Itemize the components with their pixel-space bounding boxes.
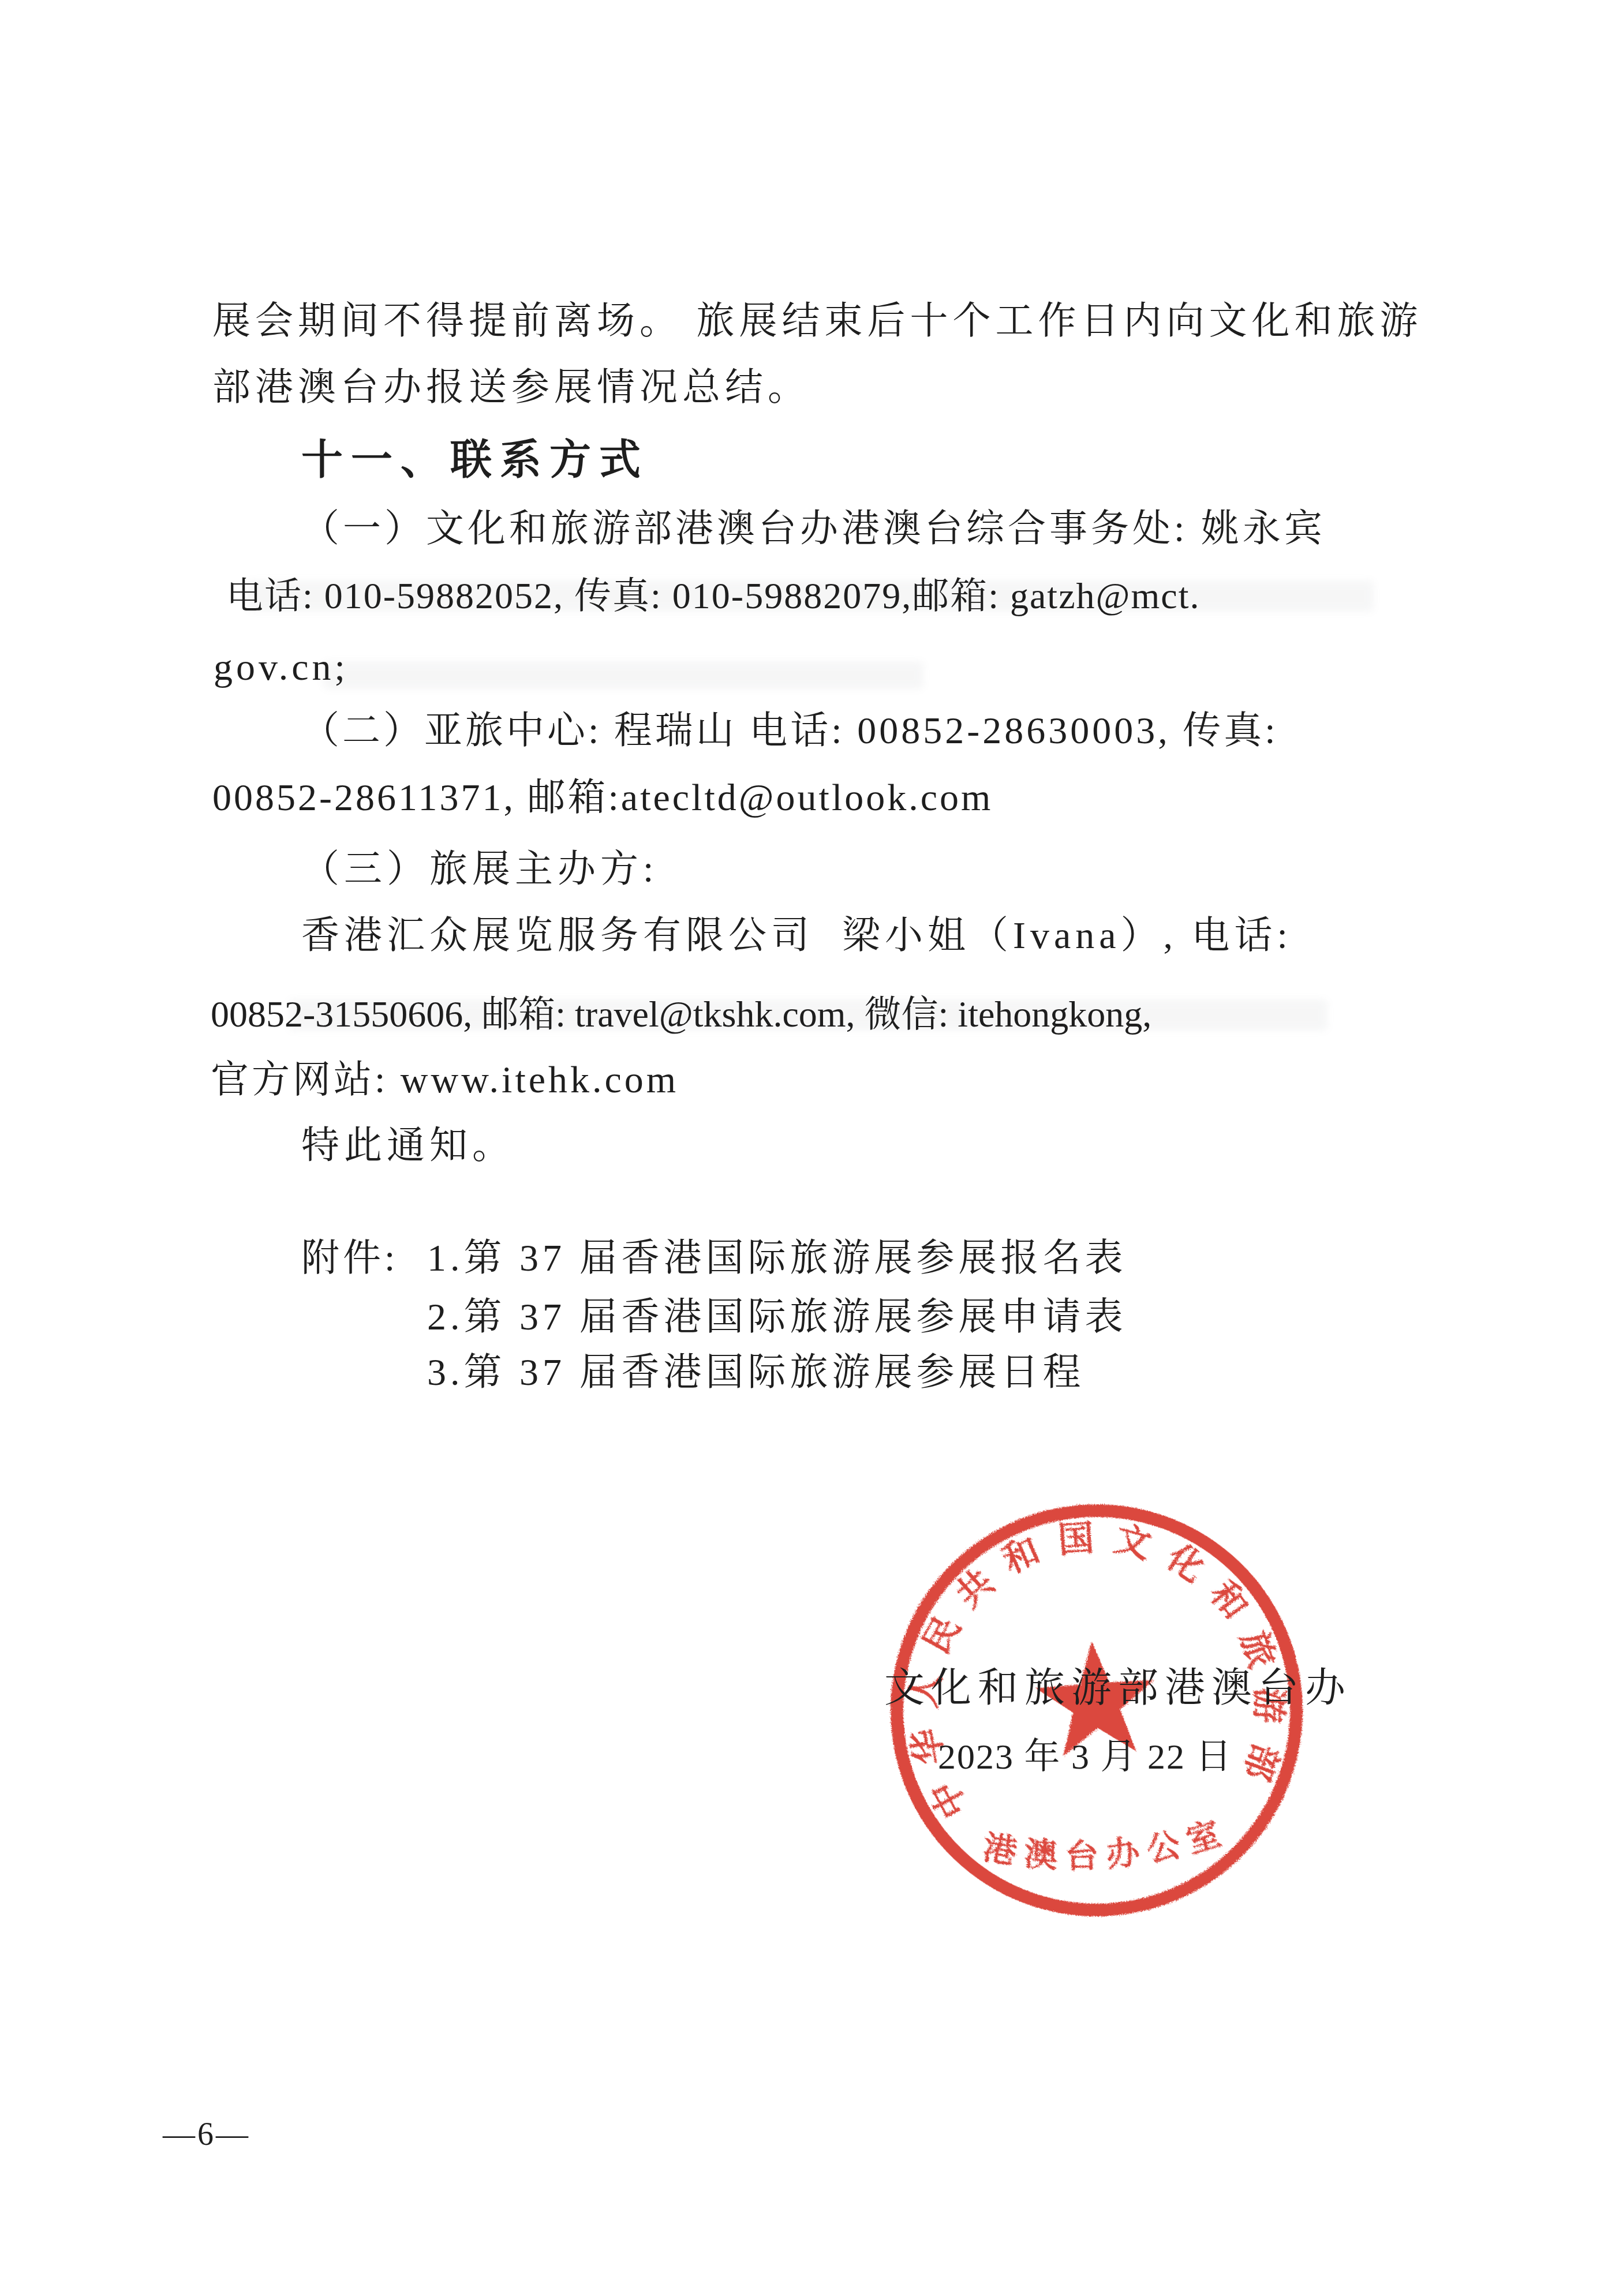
signature-date: 2023 年 3 月 22 日 — [938, 1739, 1233, 1775]
body-line: 官方网站: www.itehk.com — [211, 1061, 679, 1099]
seal-bottom-text: 港澳台办公室 — [978, 1812, 1234, 1883]
body-line: gov.cn; — [214, 649, 349, 687]
body-line: （二）亚旅中心: 程瑞山 电话: 00852-28630003, 传真: — [301, 712, 1278, 750]
body-line: 香港汇众展览服务有限公司 梁小姐（Ivana）, 电话: — [301, 917, 1292, 955]
attachment-item: 3.第 37 届香港国际旅游展参展日程 — [427, 1354, 1085, 1392]
body-line: 部港澳台办报送参展情况总结。 — [212, 369, 810, 407]
page-number: —6— — [163, 2118, 250, 2151]
attachment-item: 2.第 37 届香港国际旅游展参展申请表 — [427, 1298, 1127, 1336]
scanned-notice-page: 展会期间不得提前离场。 旅展结束后十个工作日内向文化和旅游 部港澳台办报送参展情… — [0, 0, 1623, 2296]
attachment-item: 1.第 37 届香港国际旅游展参展报名表 — [427, 1239, 1127, 1278]
attachments-label: 附件: — [301, 1239, 398, 1278]
body-line: 特此通知。 — [301, 1127, 515, 1165]
body-line: 电话: 010-59882052, 传真: 010-59882079,邮箱: g… — [226, 578, 1200, 615]
body-line: （三）旅展主办方: — [301, 851, 658, 889]
body-line: 展会期间不得提前离场。 旅展结束后十个工作日内向文化和旅游 — [212, 302, 1423, 340]
signature-issuer: 文化和旅游部港澳台办 — [884, 1669, 1352, 1709]
section-heading: 十一、联系方式 — [301, 439, 649, 481]
body-line: （一）文化和旅游部港澳台办港澳台综合事务处: 姚永宾 — [301, 510, 1326, 548]
body-line: 00852-28611371, 邮箱:atecltd@outlook.com — [212, 779, 993, 817]
body-line: 00852-31550606, 邮箱: travel@tkshk.com, 微信… — [211, 996, 1151, 1033]
bleed-through-artifact — [323, 661, 923, 689]
